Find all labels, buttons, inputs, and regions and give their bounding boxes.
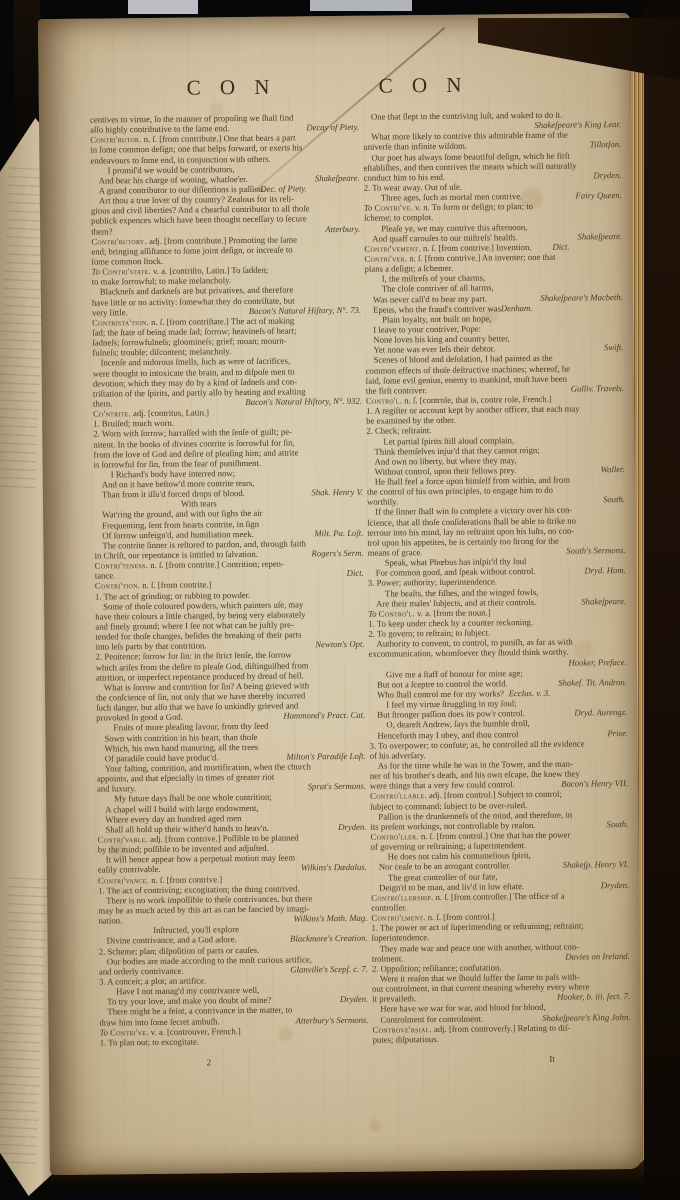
citation: Shakeſp. Henry VI. bbox=[555, 859, 629, 870]
running-title-left: C O N bbox=[187, 75, 277, 101]
headword: Contri'vable. bbox=[98, 834, 148, 845]
citation: Shakeſpeare's King Lear. bbox=[534, 119, 621, 130]
citation: Swift. bbox=[596, 342, 624, 352]
headword: Contro'l. bbox=[379, 608, 415, 618]
citation: Dict. bbox=[347, 568, 364, 578]
citation: Glanville's Scepſ. c. 7. bbox=[290, 964, 368, 975]
headword: Contri'butory. bbox=[91, 236, 147, 247]
particle: To bbox=[92, 267, 103, 277]
headword: Contro'llable. bbox=[370, 791, 427, 802]
citation: Dryden. bbox=[332, 994, 368, 1005]
citation: Shakeſpeare's Macbeth. bbox=[532, 292, 623, 303]
citation: Davies on Ireland. bbox=[565, 951, 630, 962]
citation: Bacon's Natural Hiſtory, N°. 73. bbox=[249, 304, 361, 315]
citation: Milt. Pa. Loſt. bbox=[306, 528, 363, 539]
citation: Ecclus. v. 3. bbox=[501, 688, 551, 699]
citation: Dict. bbox=[552, 241, 569, 251]
citation: Bacon's Henry VII. bbox=[561, 778, 628, 789]
citation: Hammond's Pract. Cat. bbox=[283, 710, 365, 721]
headword: Contri'butor. bbox=[90, 134, 141, 145]
headword: Controve'rsial. bbox=[373, 1024, 432, 1035]
calibration-tab-left bbox=[128, 0, 198, 14]
citation: Hooker, b. iii. ſect. 7. bbox=[557, 991, 630, 1002]
text-line: putes; diſputatious. bbox=[373, 1032, 631, 1045]
running-title-right: C O N bbox=[379, 73, 469, 99]
text-line: 1. To plan out; to excogitate. bbox=[100, 1035, 369, 1048]
citation: Gulliv. Travels. bbox=[571, 383, 624, 394]
citation: Dryd. Hom. bbox=[576, 565, 625, 576]
dictionary-page: C O N C O N centives to virtue, ſo the m… bbox=[38, 13, 642, 1175]
citation: South. bbox=[603, 494, 625, 504]
citation: Bacon's Natural Hiſtory, N°. 932. bbox=[245, 396, 362, 407]
citation: Blackmore's Creation. bbox=[282, 933, 368, 944]
citation: Shakeſpeare. bbox=[569, 231, 622, 242]
headword: Contrista'tion. bbox=[92, 317, 149, 328]
headword: Contri've. bbox=[374, 202, 412, 212]
citation: Dryd. Aurengz. bbox=[566, 707, 627, 718]
citation: Tillotſon. bbox=[590, 139, 622, 149]
headword: Co'ntrite. bbox=[93, 408, 131, 418]
particle: To bbox=[100, 1027, 111, 1037]
citation: Shakeſ. Tit. Andron. bbox=[550, 677, 627, 688]
book-cover-right bbox=[644, 0, 680, 1200]
headword: Contro'llership. bbox=[371, 892, 433, 903]
right-column: One that ſlept in the contriving luſt, a… bbox=[363, 109, 631, 1052]
particle: To bbox=[364, 203, 375, 213]
citation: Decay of Piety. bbox=[306, 122, 359, 133]
citation: Dec. of Piety. bbox=[252, 183, 307, 194]
citation: Atterbury. bbox=[325, 223, 360, 234]
photo-background: C O N C O N centives to virtue, ſo the m… bbox=[0, 0, 680, 1200]
headword: Contri'state. bbox=[102, 266, 151, 277]
citation: Dryden. bbox=[593, 170, 621, 180]
citation: South's Sermons. bbox=[566, 545, 625, 556]
citation: Dryden. bbox=[593, 880, 629, 891]
citation: Denham. bbox=[493, 303, 533, 314]
headword: Contri'ver. bbox=[364, 253, 407, 263]
headword: Contri've. bbox=[110, 1027, 148, 1037]
headword: Contri'teness. bbox=[95, 560, 148, 571]
calibration-tab-right bbox=[310, 0, 412, 11]
facing-page-text-lines bbox=[0, 877, 48, 1168]
citation: Fairy Queen. bbox=[558, 190, 621, 201]
citation: Prior. bbox=[599, 728, 627, 738]
citation: Wilkins's Math. Mag. bbox=[294, 913, 368, 924]
citation: Newton's Opt. bbox=[315, 639, 364, 650]
citation: South. bbox=[606, 819, 628, 829]
citation: Shakeſpeare's King John. bbox=[534, 1011, 630, 1022]
citation: Shak. Henry V. bbox=[303, 487, 363, 498]
headword: Contro'ller. bbox=[370, 831, 418, 842]
particle: To bbox=[368, 608, 379, 618]
headword: Contro'l. bbox=[366, 395, 402, 405]
citation: Milton's Paradiſe Loſt. bbox=[278, 751, 365, 762]
signature-mark: 2 bbox=[179, 1057, 239, 1068]
citation: Shakeſpeare. bbox=[307, 173, 360, 184]
left-column: centives to virtue, ſo the manner of pro… bbox=[90, 112, 369, 1055]
citation: Rogers's Serm. bbox=[311, 548, 363, 559]
citation: Waller. bbox=[593, 464, 625, 474]
citation: Shakeſpeare. bbox=[573, 596, 626, 607]
headword: Contri'vement. bbox=[364, 243, 420, 254]
citation: Sprat's Sermons. bbox=[308, 781, 366, 792]
citation: Atterbury's Sermons. bbox=[296, 1014, 369, 1025]
citation: Wilkins's Dædalus. bbox=[301, 862, 367, 873]
headword: Contro'lment. bbox=[371, 912, 425, 923]
headword: Contri'tion. bbox=[95, 581, 140, 591]
citation: Hooker, Preface. bbox=[568, 657, 626, 668]
citation: Dryden. bbox=[330, 822, 366, 833]
headword: Contri'vance. bbox=[98, 875, 149, 886]
catchword: It bbox=[519, 1054, 555, 1064]
